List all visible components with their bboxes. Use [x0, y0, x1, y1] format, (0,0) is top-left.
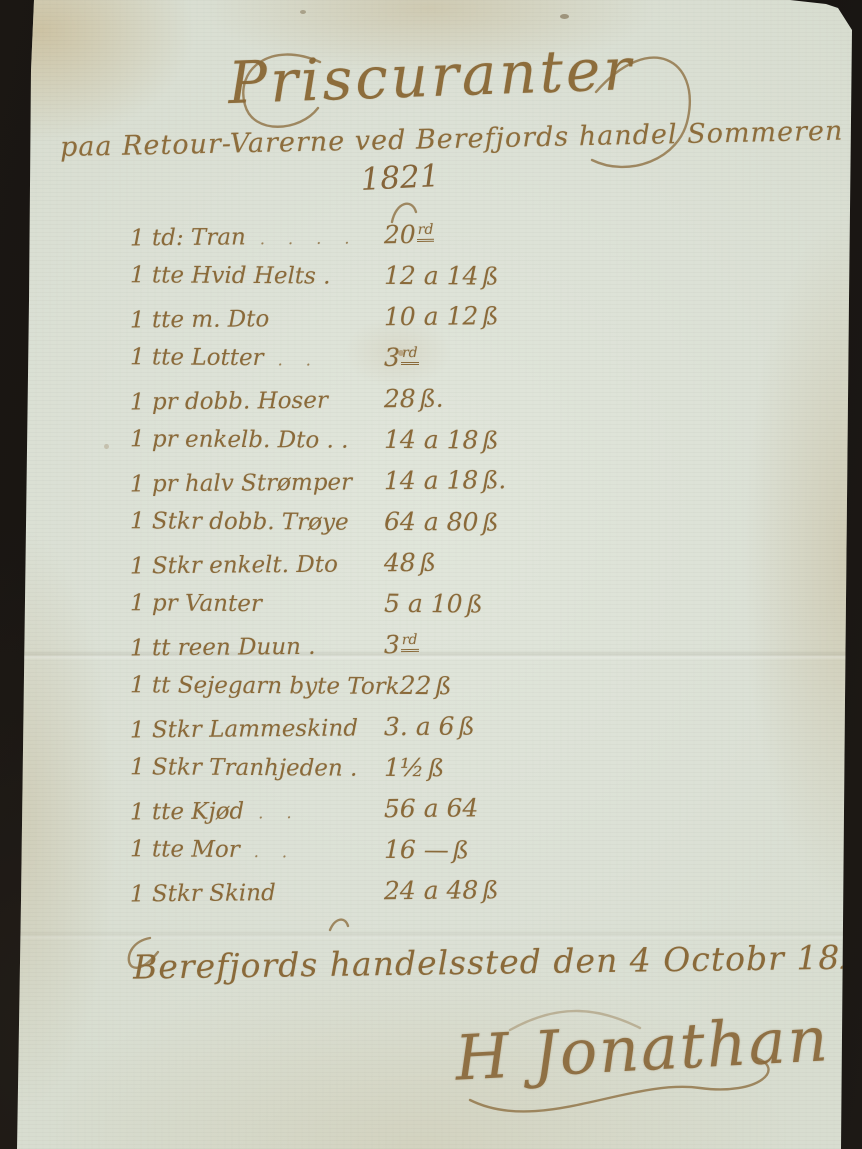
- leader-dots: . . . .: [260, 228, 359, 248]
- price-value: 16 —ß: [384, 835, 469, 865]
- item-label: 1 tte Kjød. .: [130, 797, 384, 825]
- price-list-row: 1 Stkr Skind24 a 48ß: [130, 874, 690, 920]
- price-value: 5 a 10ß: [384, 589, 483, 619]
- price-value: 14 a 18ß: [384, 425, 499, 455]
- leader-dots: . .: [278, 350, 320, 369]
- item-label: 1 pr dobb. Hoser: [130, 387, 384, 415]
- price-value: 12 a 14ß: [384, 261, 499, 291]
- price-list-row: 1 pr enkelb. Dto . .14 a 18ß: [130, 423, 690, 467]
- item-label: 1 Stkr Lammeskind: [130, 715, 384, 743]
- price-list-row: 1 tt reen Duun .3rd: [130, 628, 690, 674]
- price-list-row: 1 Stkr enkelt. Dto48ß: [130, 546, 690, 592]
- item-label: 1 Stkr Skind: [130, 879, 384, 907]
- price-value: 48ß: [384, 548, 436, 577]
- item-label: 1 pr enkelb. Dto . .: [130, 426, 384, 454]
- price-list-row: 1 tte Mor. .16 —ß: [130, 833, 690, 877]
- dateline: Berefjords handelssted den 4 Octobr 1821…: [133, 936, 862, 986]
- item-label: 1 td: Tran. . . .: [130, 223, 384, 251]
- price-list-row: 1 pr halv Strømper14 a 18ß.: [130, 464, 690, 510]
- price-list: 1 td: Tran. . . .20rd 1 tte Hvid Helts .…: [130, 220, 690, 917]
- price-value: 28ß.: [384, 384, 444, 414]
- price-list-row: 1 td: Tran. . . .20rd: [130, 218, 690, 264]
- price-value: 3rd: [384, 630, 419, 659]
- price-value: 24 a 48ß: [384, 875, 499, 905]
- price-value: 20rd: [384, 220, 435, 249]
- price-value: 1½ß: [384, 753, 444, 782]
- item-label: 1 tte Mor. .: [130, 836, 384, 864]
- item-label: 1 Stkr enkelt. Dto: [130, 551, 384, 579]
- item-label: 1 pr halv Strømper: [130, 469, 384, 497]
- price-value: 10 a 12ß: [384, 301, 499, 331]
- price-list-row: 1 Stkr dobb. Trøye64 a 80ß: [130, 505, 690, 549]
- price-value: 3. a 6ß: [384, 711, 475, 741]
- tick-over-dateline: [330, 920, 348, 930]
- item-label: 1 Stkr Tranhjeden .: [130, 754, 384, 782]
- ink-speck: [104, 444, 109, 449]
- item-label: 1 tte m. Dto: [130, 305, 384, 333]
- price-list-row: 1 pr dobb. Hoser28ß.: [130, 382, 690, 428]
- item-label: 1 Stkr dobb. Trøye: [130, 508, 384, 536]
- item-label: 1 tt Sejegarn byte Tork: [130, 672, 400, 700]
- item-label: 1 pr Vanter: [130, 590, 384, 618]
- price-value: 64 a 80ß: [384, 507, 499, 537]
- item-label: 1 tte Hvid Helts .: [130, 262, 384, 290]
- price-value: 56 a 64: [384, 793, 479, 823]
- price-list-row: 1 tte Lotter. .3rd: [130, 341, 690, 385]
- price-list-row: 1 Stkr Lammeskind3. a 6ß: [130, 710, 690, 756]
- price-list-row: 1 tte Kjød. .56 a 64: [130, 792, 690, 838]
- item-label: 1 tte Lotter. .: [130, 344, 384, 372]
- leader-dots: . .: [258, 803, 300, 822]
- price-value: 22ß: [400, 671, 452, 700]
- scanner-backdrop: Priscuranter paa Retour-Varerne ved Bere…: [0, 0, 862, 1149]
- manuscript-paper: Priscuranter paa Retour-Varerne ved Bere…: [0, 0, 862, 1149]
- document-title: Priscuranter: [0, 27, 862, 125]
- ink-speck: [300, 10, 306, 14]
- price-value: 14 a 18ß.: [384, 465, 506, 495]
- signature: H Jonathan: [453, 1002, 831, 1095]
- item-label: 1 tt reen Duun .: [130, 633, 384, 661]
- price-value: 3rd: [384, 343, 419, 372]
- price-list-row: 1 tt Sejegarn byte Tork22ß: [130, 669, 690, 713]
- price-list-row: 1 tte Hvid Helts .12 a 14ß: [130, 259, 690, 303]
- ink-speck: [560, 14, 569, 19]
- leader-dots: . .: [254, 842, 296, 861]
- price-list-row: 1 pr Vanter5 a 10ß: [130, 587, 690, 631]
- price-list-row: 1 tte m. Dto10 a 12ß: [130, 300, 690, 346]
- price-list-row: 1 Stkr Tranhjeden .1½ß: [130, 751, 690, 795]
